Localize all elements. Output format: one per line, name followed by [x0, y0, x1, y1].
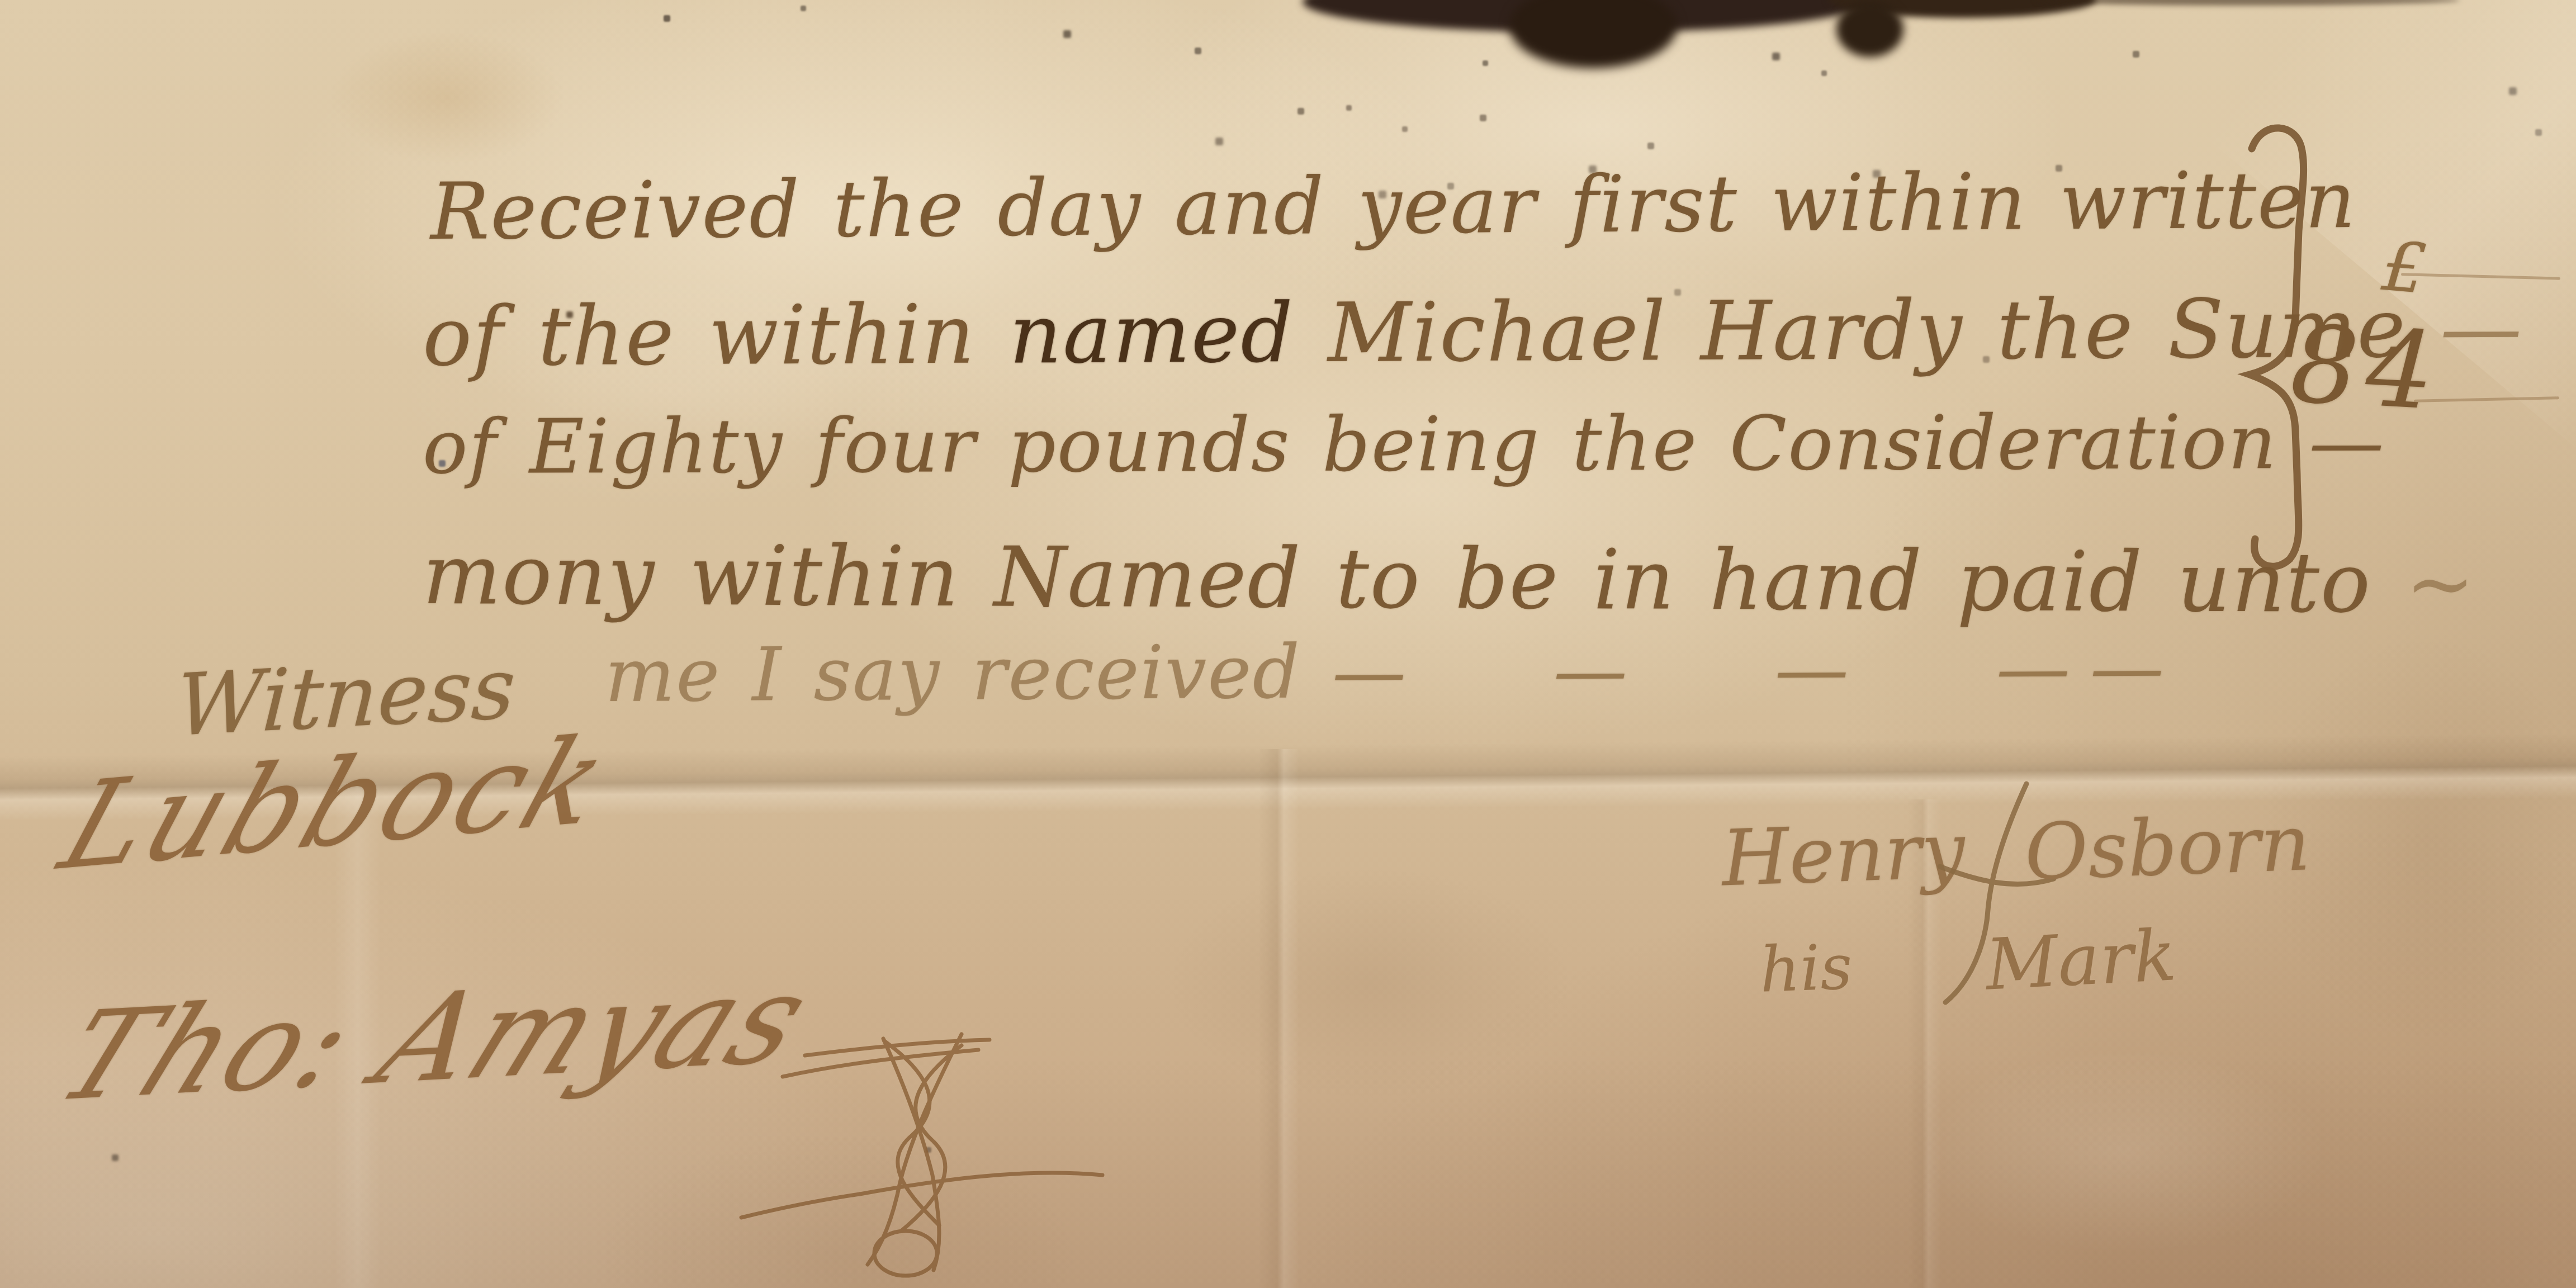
- bottom-vignette: [0, 0, 2576, 1288]
- parchment-receipt-photo: Received the day and year first within w…: [0, 0, 2576, 1288]
